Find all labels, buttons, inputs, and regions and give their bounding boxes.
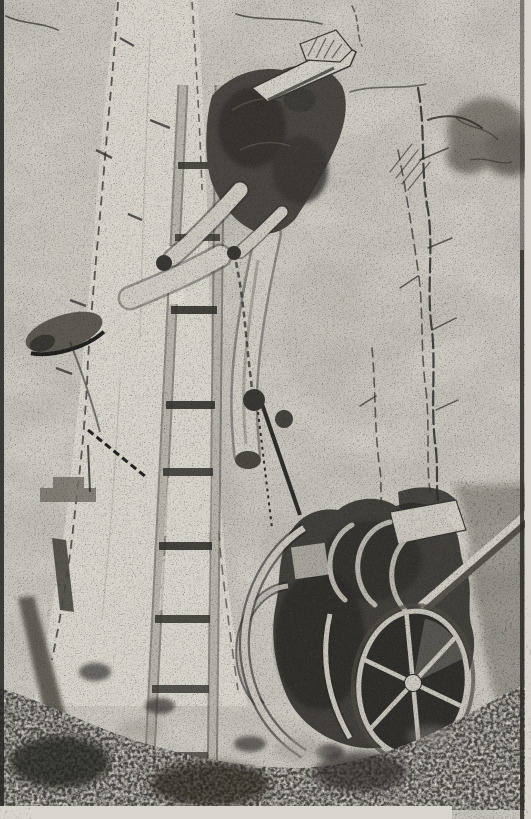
photo-margin-bottom <box>0 806 452 819</box>
bottom-left-corner-speckle <box>0 806 30 819</box>
photo-border-left <box>0 0 4 819</box>
photo-canvas: Grainy black-and-white halftone photogra… <box>0 0 531 819</box>
photo-border-right <box>520 250 524 819</box>
photo-border-right-top <box>520 0 524 250</box>
halftone-grain-coarse <box>0 0 531 819</box>
halftone-photograph: Grainy black-and-white halftone photogra… <box>0 0 531 819</box>
